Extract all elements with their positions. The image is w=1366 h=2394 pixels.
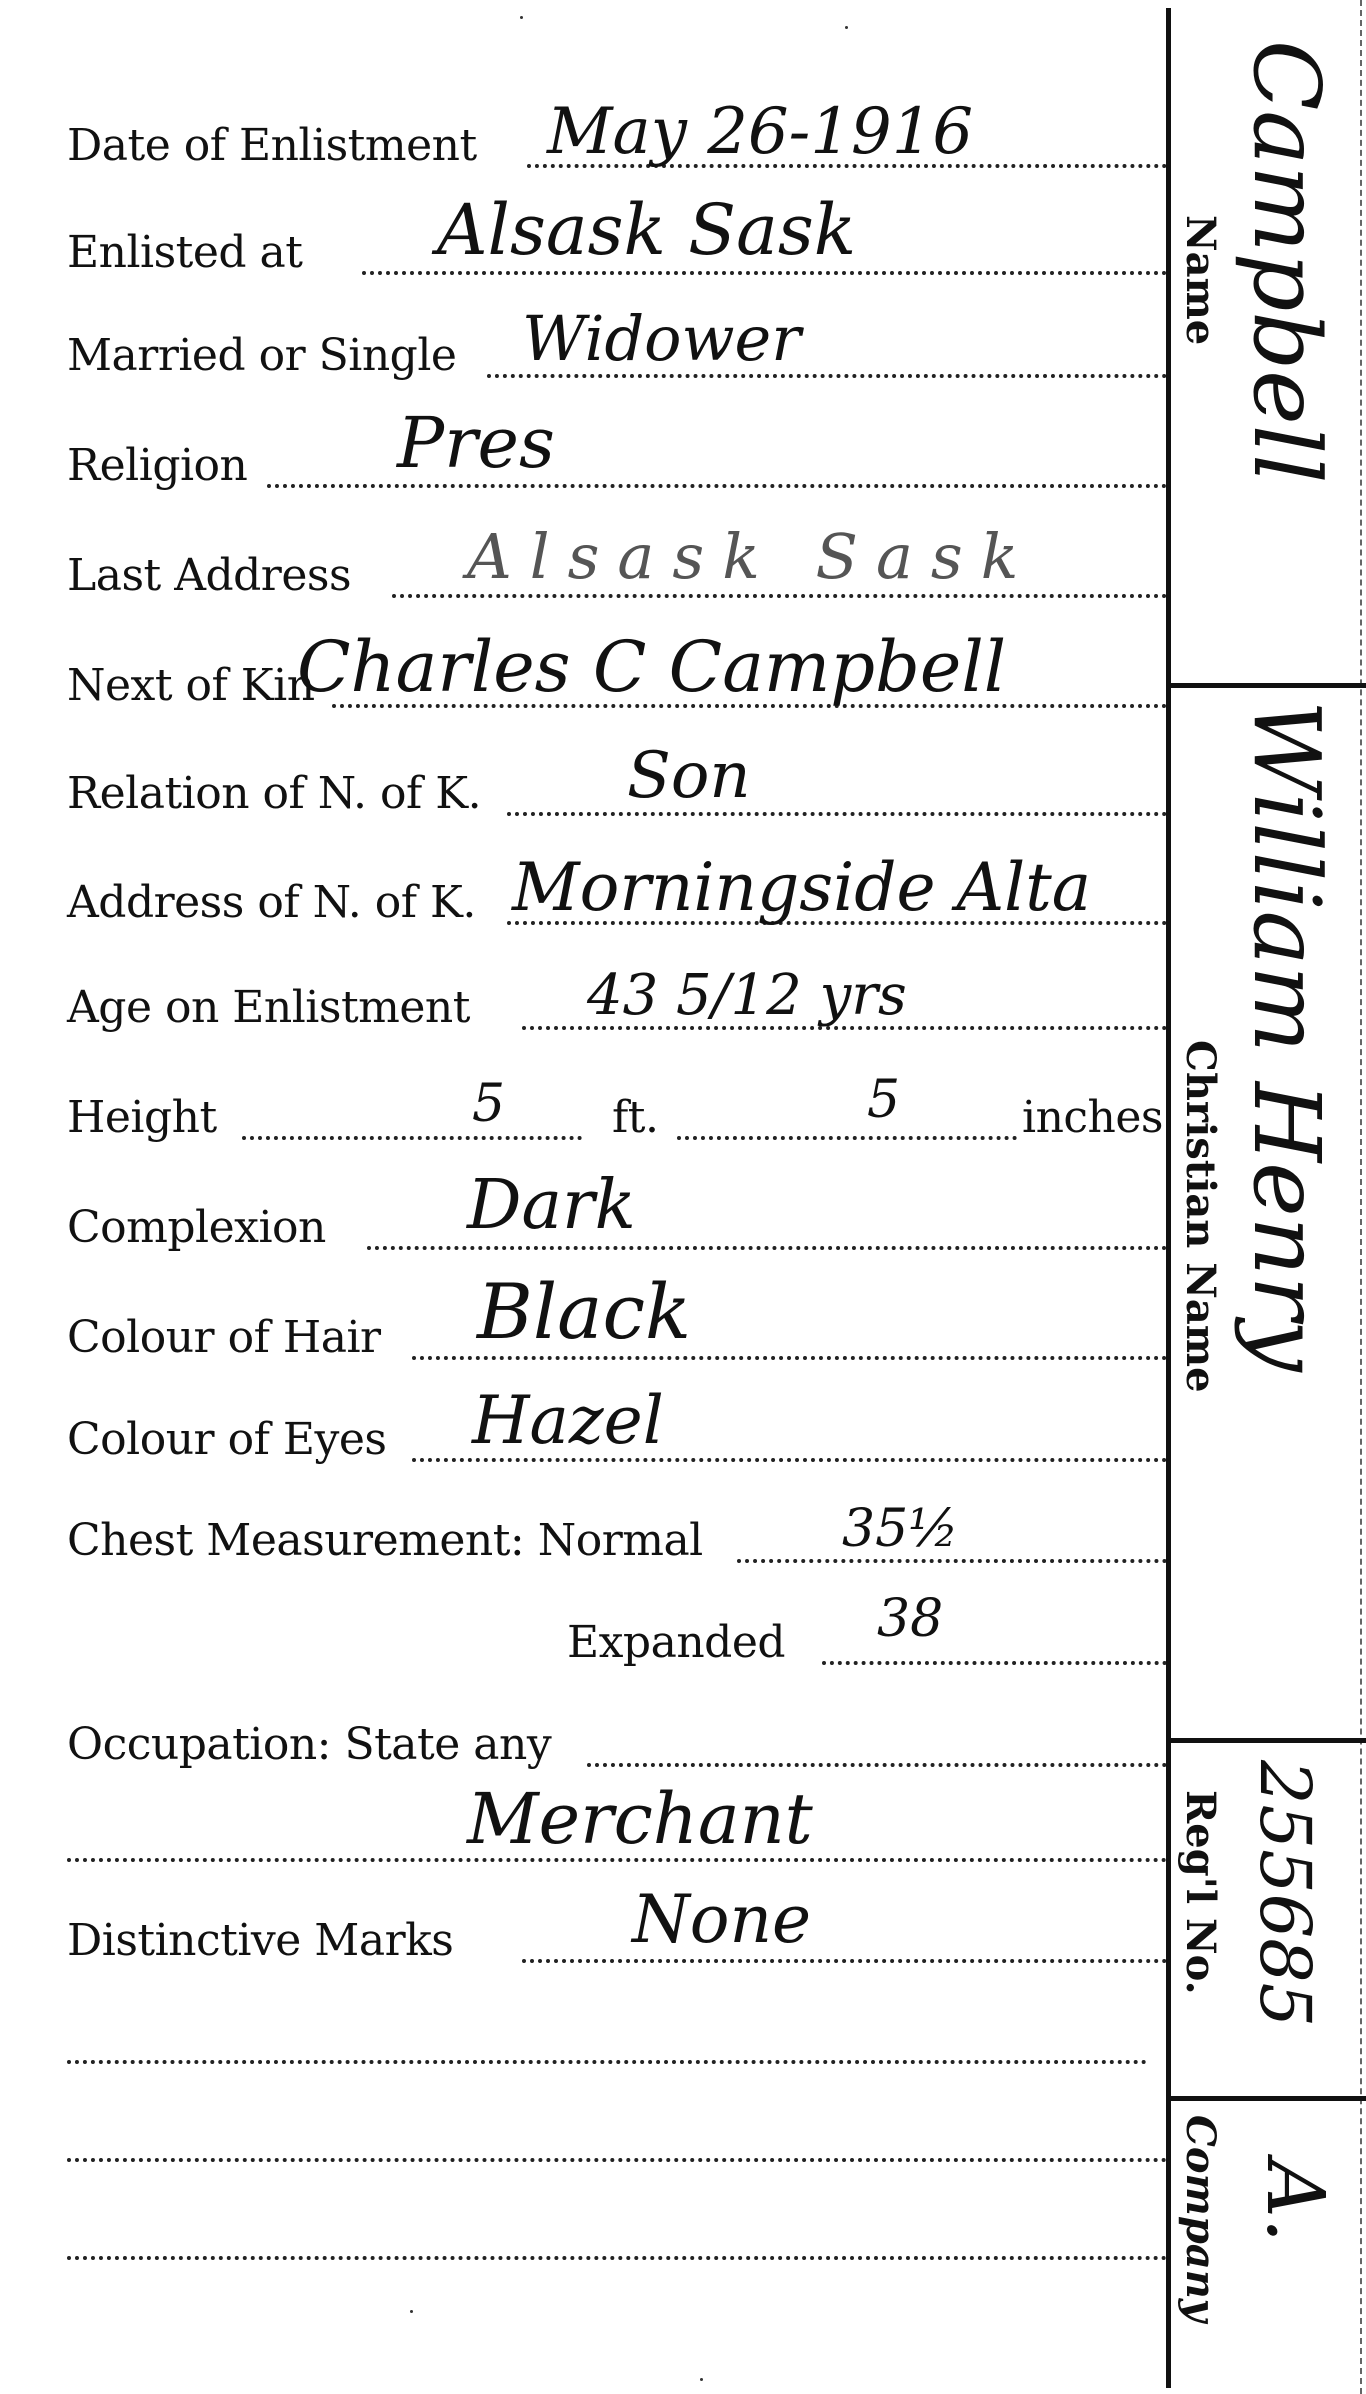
field-value: Alsask Sask [467,526,1036,588]
field-chest-normal: Chest Measurement: Normal 35½ [67,1503,1167,1563]
field-value: Widower [522,308,801,370]
fill-line [587,1763,1167,1767]
christian-name-label: Christian Name [1180,1040,1220,1393]
scan-speck [700,2378,703,2381]
field-occupation: Occupation: State any [67,1707,1167,1767]
field-label: Occupation: State any [67,1723,551,1767]
christian-name-value: William Henry [1240,700,1332,1372]
blank-line [67,2158,1167,2162]
field-label: Next of Kin [67,664,315,708]
surname-value: Campbell [1240,40,1332,484]
field-last-address: Last Address Alsask Sask [67,538,1167,598]
blank-line [67,2060,1147,2064]
field-value: 38 [877,1593,943,1645]
field-enlisted-at: Enlisted at Alsask Sask [67,215,1167,275]
fill-line [362,271,1167,275]
section-divider [1170,1738,1366,1743]
field-label: Relation of N. of K. [67,772,481,816]
fill-line [412,1356,1167,1360]
field-label: Date of Enlistment [67,124,477,168]
height-inches-unit: inches [1022,1096,1163,1140]
company-label: Company [1180,2115,1220,2322]
field-relation-of-next-of-kin: Relation of N. of K. Son [67,756,1167,816]
fill-line [822,1661,1167,1665]
field-value: Black [477,1274,691,1350]
fill-line [267,484,1167,488]
field-label: Colour of Eyes [67,1418,386,1462]
field-label: Address of N. of K. [67,881,476,925]
field-colour-of-eyes: Colour of Eyes Hazel [67,1402,1167,1462]
field-colour-of-hair: Colour of Hair Black [67,1300,1167,1360]
field-religion: Religion Pres [67,428,1167,488]
height-feet-value: 5 [472,1078,505,1130]
name-label: Name [1180,215,1220,345]
height-feet-unit: ft. [612,1096,658,1140]
field-married-or-single: Married or Single Widower [67,318,1167,378]
field-value: Alsask Sask [437,195,856,265]
fill-line [737,1559,1167,1563]
field-value: Son [627,744,751,808]
fill-line [367,1246,1167,1250]
field-height: Height 5 ft. 5 inches [67,1080,1167,1140]
field-value: Morningside Alta [512,855,1091,921]
field-label: Enlisted at [67,231,302,275]
field-value: Hazel [472,1388,664,1454]
fill-line-feet [242,1136,582,1140]
field-value: 43 5/12 yrs [587,968,907,1024]
field-complexion: Complexion Dark [67,1190,1167,1250]
card-edge [1360,0,1362,2394]
field-value: May 26-1916 [547,100,973,164]
scan-speck [520,16,523,19]
field-label: Chest Measurement: Normal [67,1519,703,1563]
field-value: Charles C Campbell [297,632,1006,702]
field-value: Pres [397,408,555,478]
field-label: Age on Enlistment [67,986,470,1030]
field-label: Complexion [67,1206,326,1250]
height-inches-value: 5 [867,1074,900,1126]
field-address-of-next-of-kin: Address of N. of K. Morningside Alta [67,865,1177,925]
field-chest-expanded: Expanded 38 [67,1605,1167,1665]
regimental-number-value: 255685 [1250,1760,1320,2027]
fill-line [507,812,1167,816]
occupation-value: Merchant [467,1784,813,1854]
field-value: 35½ [842,1503,959,1555]
field-label: Colour of Hair [67,1316,381,1360]
scan-speck [845,26,848,29]
section-divider [1170,2096,1366,2101]
scan-speck [410,2310,413,2313]
field-occupation-value-line: Merchant [67,1802,1167,1862]
blank-line [67,2256,1167,2260]
regimental-number-label: Reg'l No. [1180,1790,1220,1995]
column-divider [1166,8,1171,2388]
field-label: Married or Single [67,334,456,378]
fill-line [392,594,1167,598]
field-date-of-enlistment: Date of Enlistment May 26-1916 [67,108,1167,168]
fill-line-inches [677,1136,1017,1140]
section-divider [1170,683,1366,688]
field-label: Religion [67,444,247,488]
attestation-card: Date of Enlistment May 26-1916 Enlisted … [0,0,1366,2394]
field-label: Expanded [567,1621,785,1665]
field-value: None [632,1887,811,1953]
field-label: Height [67,1096,217,1140]
company-value: A. [1255,2160,1335,2243]
field-label: Last Address [67,554,351,598]
field-value: Dark [467,1172,636,1240]
field-age-on-enlistment: Age on Enlistment 43 5/12 yrs [67,970,1167,1030]
fill-line [522,1959,1167,1963]
field-next-of-kin: Next of Kin Charles C Campbell [67,648,1167,708]
field-label: Distinctive Marks [67,1919,453,1963]
field-distinctive-marks: Distinctive Marks None [67,1903,1167,1963]
